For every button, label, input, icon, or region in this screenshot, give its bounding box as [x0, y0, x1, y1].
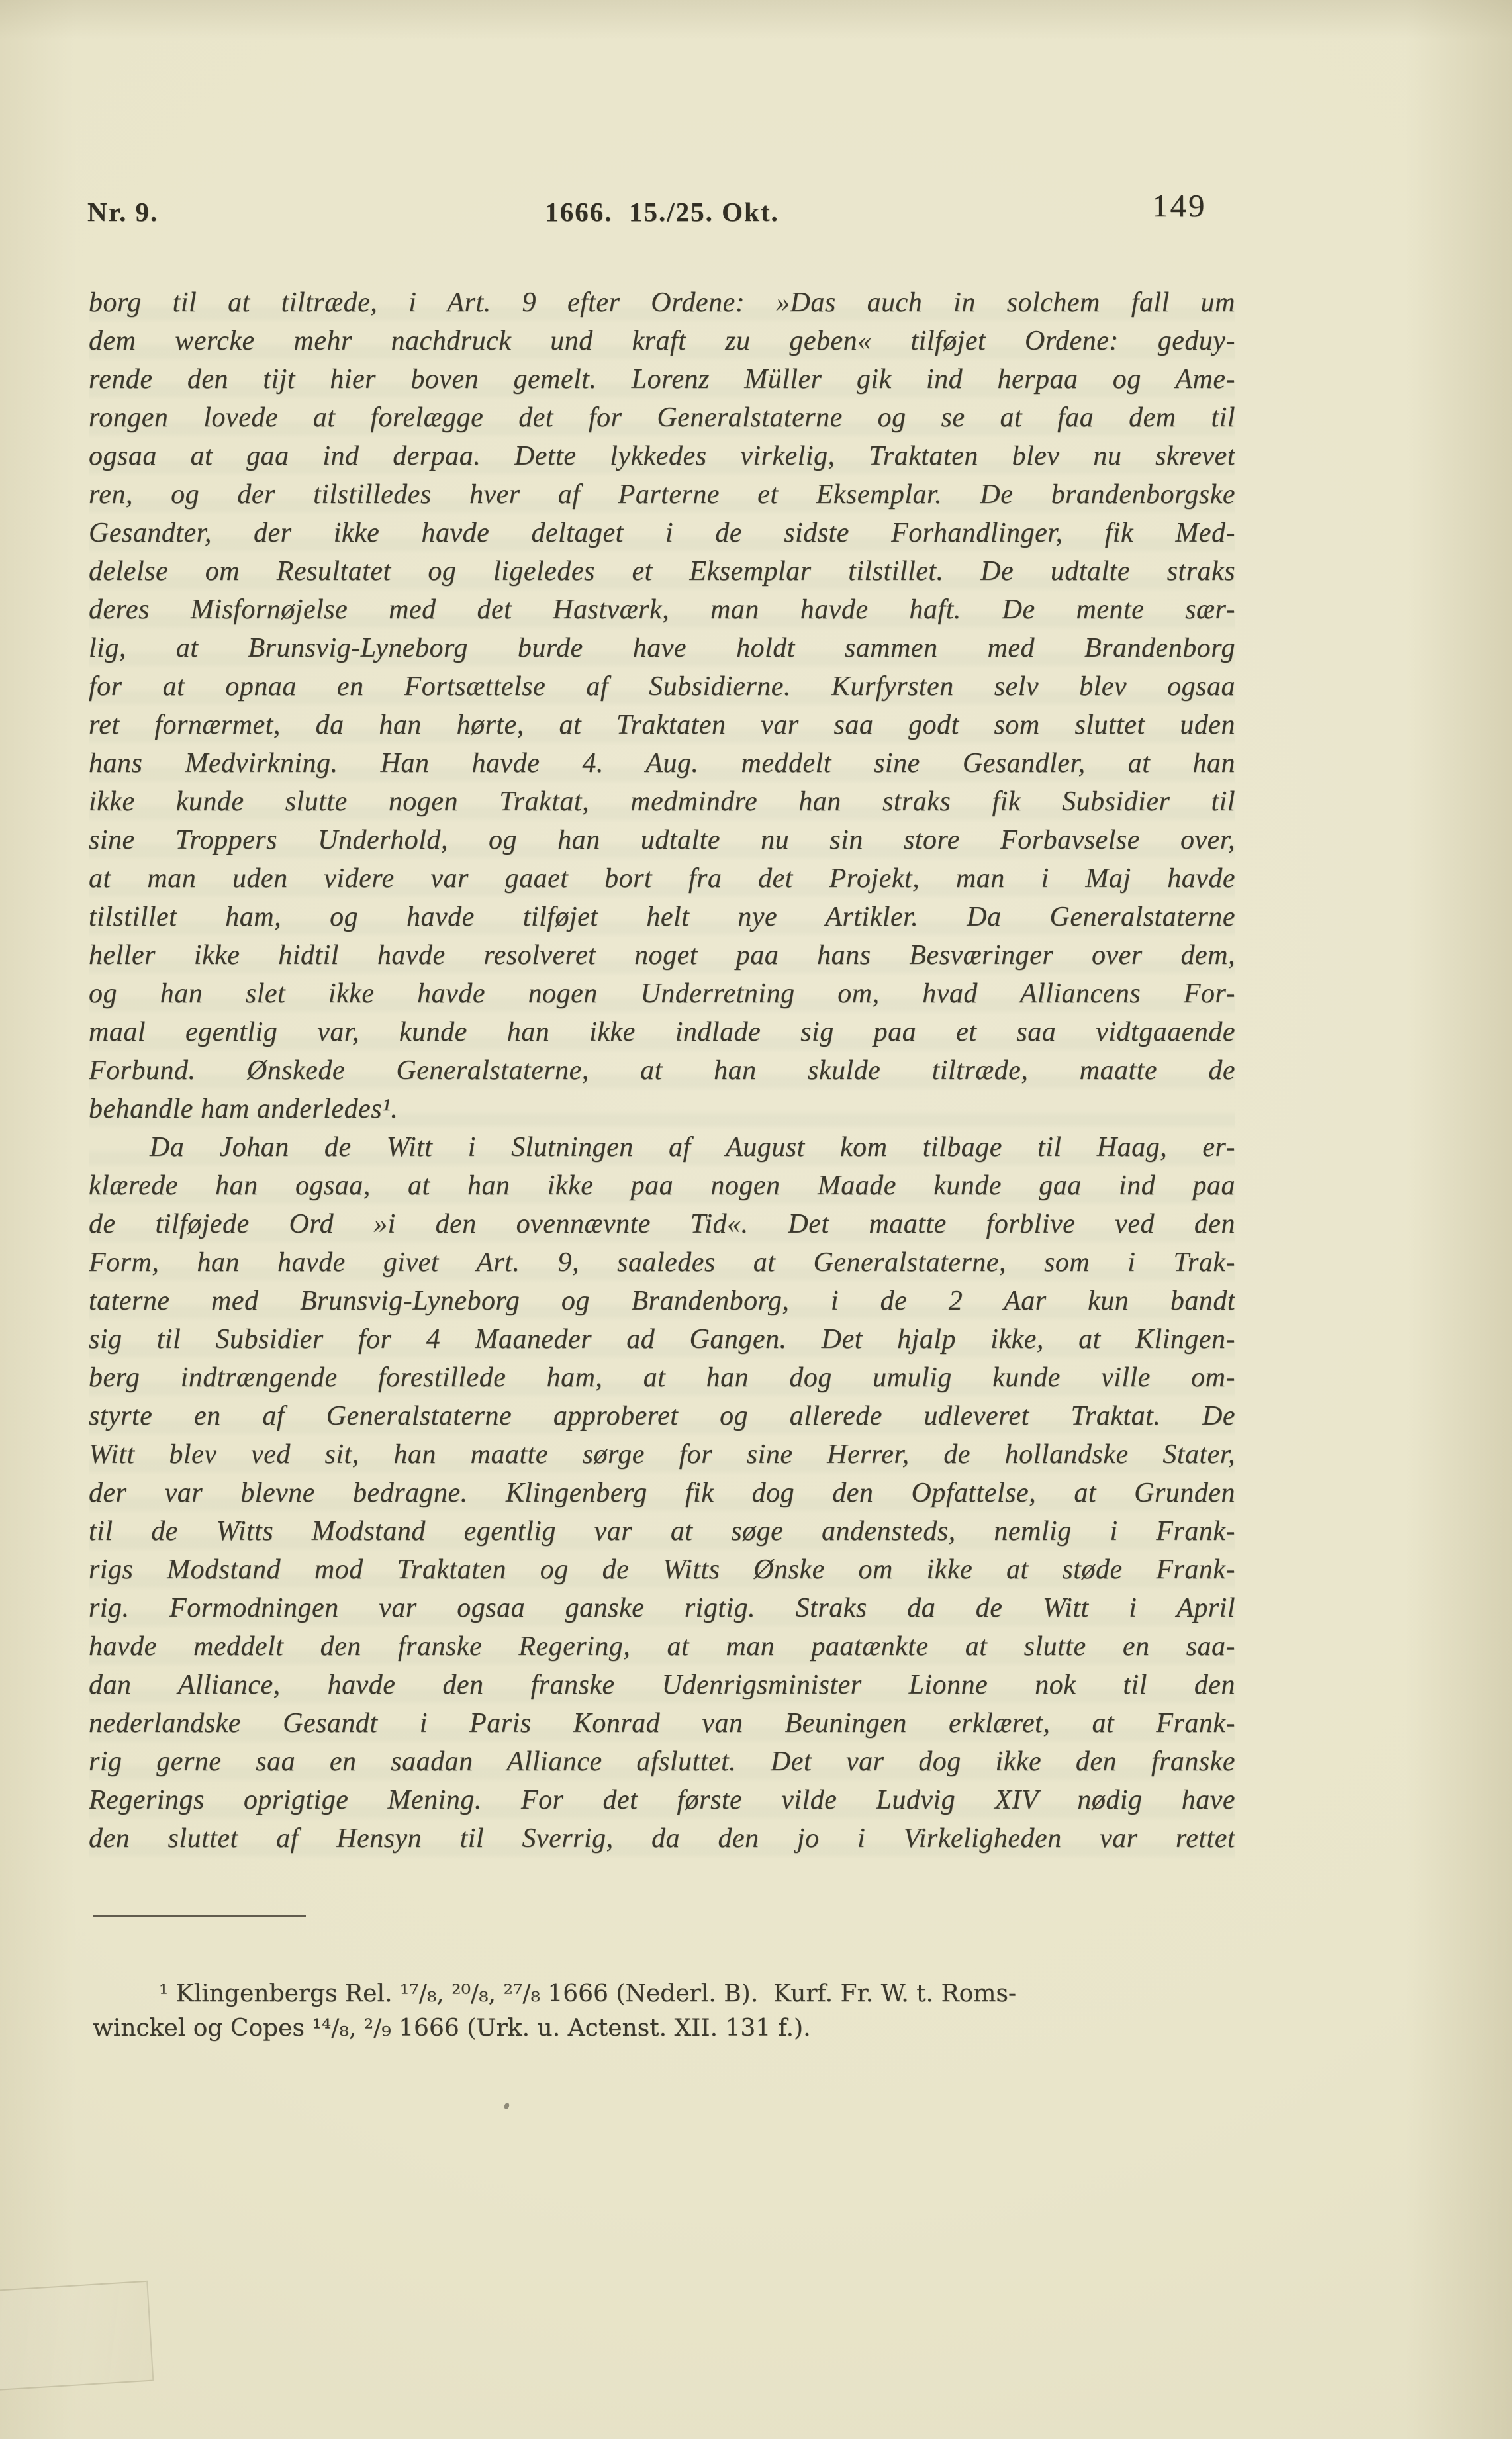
header-date: 1666. 15./25. Okt.	[89, 196, 1235, 228]
text-line: Forbund. Ønskede Generalstaterne, at han…	[89, 1051, 1235, 1090]
ink-speck	[504, 2102, 510, 2110]
text-line: heller ikke hidtil havde resolveret noge…	[89, 936, 1235, 975]
paper-crease-mark	[0, 2281, 154, 2391]
text-line: Form, han havde givet Art. 9, saaledes a…	[89, 1243, 1235, 1282]
text-line: der var blevne bedragne. Klingenberg fik…	[89, 1474, 1235, 1512]
text-line: sig til Subsidier for 4 Maaneder ad Gang…	[89, 1320, 1235, 1359]
body-text: borg til at tiltræde, i Art. 9 efter Ord…	[89, 283, 1235, 1858]
text-line: hans Medvirkning. Han havde 4. Aug. medd…	[89, 744, 1235, 783]
text-line: klærede han ogsaa, at han ikke paa nogen…	[89, 1167, 1235, 1205]
text-line: nederlandske Gesandt i Paris Konrad van …	[89, 1704, 1235, 1743]
text-line: ren, og der tilstilledes hver af Partern…	[89, 475, 1235, 514]
text-line: rig gerne saa en saadan Alliance afslutt…	[89, 1743, 1235, 1781]
text-line: deres Misfornøjelse med det Hastværk, ma…	[89, 591, 1235, 629]
scanned-book-page: Nr. 9. 1666. 15./25. Okt. 149 borg til a…	[0, 0, 1512, 2439]
text-line: havde meddelt den franske Regering, at m…	[89, 1627, 1235, 1666]
text-line: den sluttet af Hensyn til Sverrig, da de…	[89, 1819, 1235, 1858]
text-line: Da Johan de Witt i Slutningen af August …	[89, 1128, 1235, 1167]
text-line: lig, at Brunsvig-Lyneborg burde have hol…	[89, 629, 1235, 667]
footnote-line: ¹ Klingenbergs Rel. ¹⁷/₈, ²⁰/₈, ²⁷/₈ 166…	[93, 1977, 1239, 2011]
text-line: maal egentlig var, kunde han ikke indlad…	[89, 1013, 1235, 1051]
text-line: at man uden videre var gaaet bort fra de…	[89, 859, 1235, 898]
text-line: rigs Modstand mod Traktaten og de Witts …	[89, 1551, 1235, 1589]
text-line: rende den tijt hier boven gemelt. Lorenz…	[89, 360, 1235, 399]
text-line: dem wercke mehr nachdruck und kraft zu g…	[89, 322, 1235, 360]
text-line: borg til at tiltræde, i Art. 9 efter Ord…	[89, 283, 1235, 322]
footnote: ¹ Klingenbergs Rel. ¹⁷/₈, ²⁰/₈, ²⁷/₈ 166…	[93, 1977, 1239, 2046]
text-line: sine Troppers Underhold, og han udtalte …	[89, 821, 1235, 859]
text-line: Witt blev ved sit, han maatte sørge for …	[89, 1435, 1235, 1474]
text-line: delelse om Resultatet og ligeledes et Ek…	[89, 552, 1235, 591]
text-line: til de Witts Modstand egentlig var at sø…	[89, 1512, 1235, 1551]
footnote-separator	[93, 1915, 306, 1917]
paragraph: Da Johan de Witt i Slutningen af August …	[89, 1128, 1235, 1858]
text-line: de tilføjede Ord »i den ovennævnte Tid«.…	[89, 1205, 1235, 1243]
page-number: 149	[1152, 187, 1207, 224]
text-line: Gesandter, der ikke havde deltaget i de …	[89, 514, 1235, 552]
paragraph: borg til at tiltræde, i Art. 9 efter Ord…	[89, 283, 1235, 1128]
text-line: behandle ham anderledes¹.	[89, 1090, 1235, 1128]
text-line: tilstillet ham, og havde tilføjet helt n…	[89, 898, 1235, 936]
text-line: styrte en af Generalstaterne approberet …	[89, 1397, 1235, 1435]
text-line: dan Alliance, havde den franske Udenrigs…	[89, 1666, 1235, 1704]
text-line: og han slet ikke havde nogen Underretnin…	[89, 975, 1235, 1013]
text-line: rig. Formodningen var ogsaa ganske rigti…	[89, 1589, 1235, 1627]
text-line: taterne med Brunsvig-Lyneborg og Branden…	[89, 1282, 1235, 1320]
footnote-line: winckel og Copes ¹⁴/₈, ²/₉ 1666 (Urk. u.…	[93, 2011, 1239, 2046]
text-line: for at opnaa en Fortsættelse af Subsidie…	[89, 667, 1235, 706]
text-line: Regerings oprigtige Mening. For det førs…	[89, 1781, 1235, 1819]
text-line: ikke kunde slutte nogen Traktat, medmind…	[89, 783, 1235, 821]
text-line: ret fornærmet, da han hørte, at Traktate…	[89, 706, 1235, 744]
text-line: rongen lovede at forelægge det for Gener…	[89, 399, 1235, 437]
text-line: ogsaa at gaa ind derpaa. Dette lykkedes …	[89, 437, 1235, 475]
text-line: berg indtrængende forestillede ham, at h…	[89, 1359, 1235, 1397]
